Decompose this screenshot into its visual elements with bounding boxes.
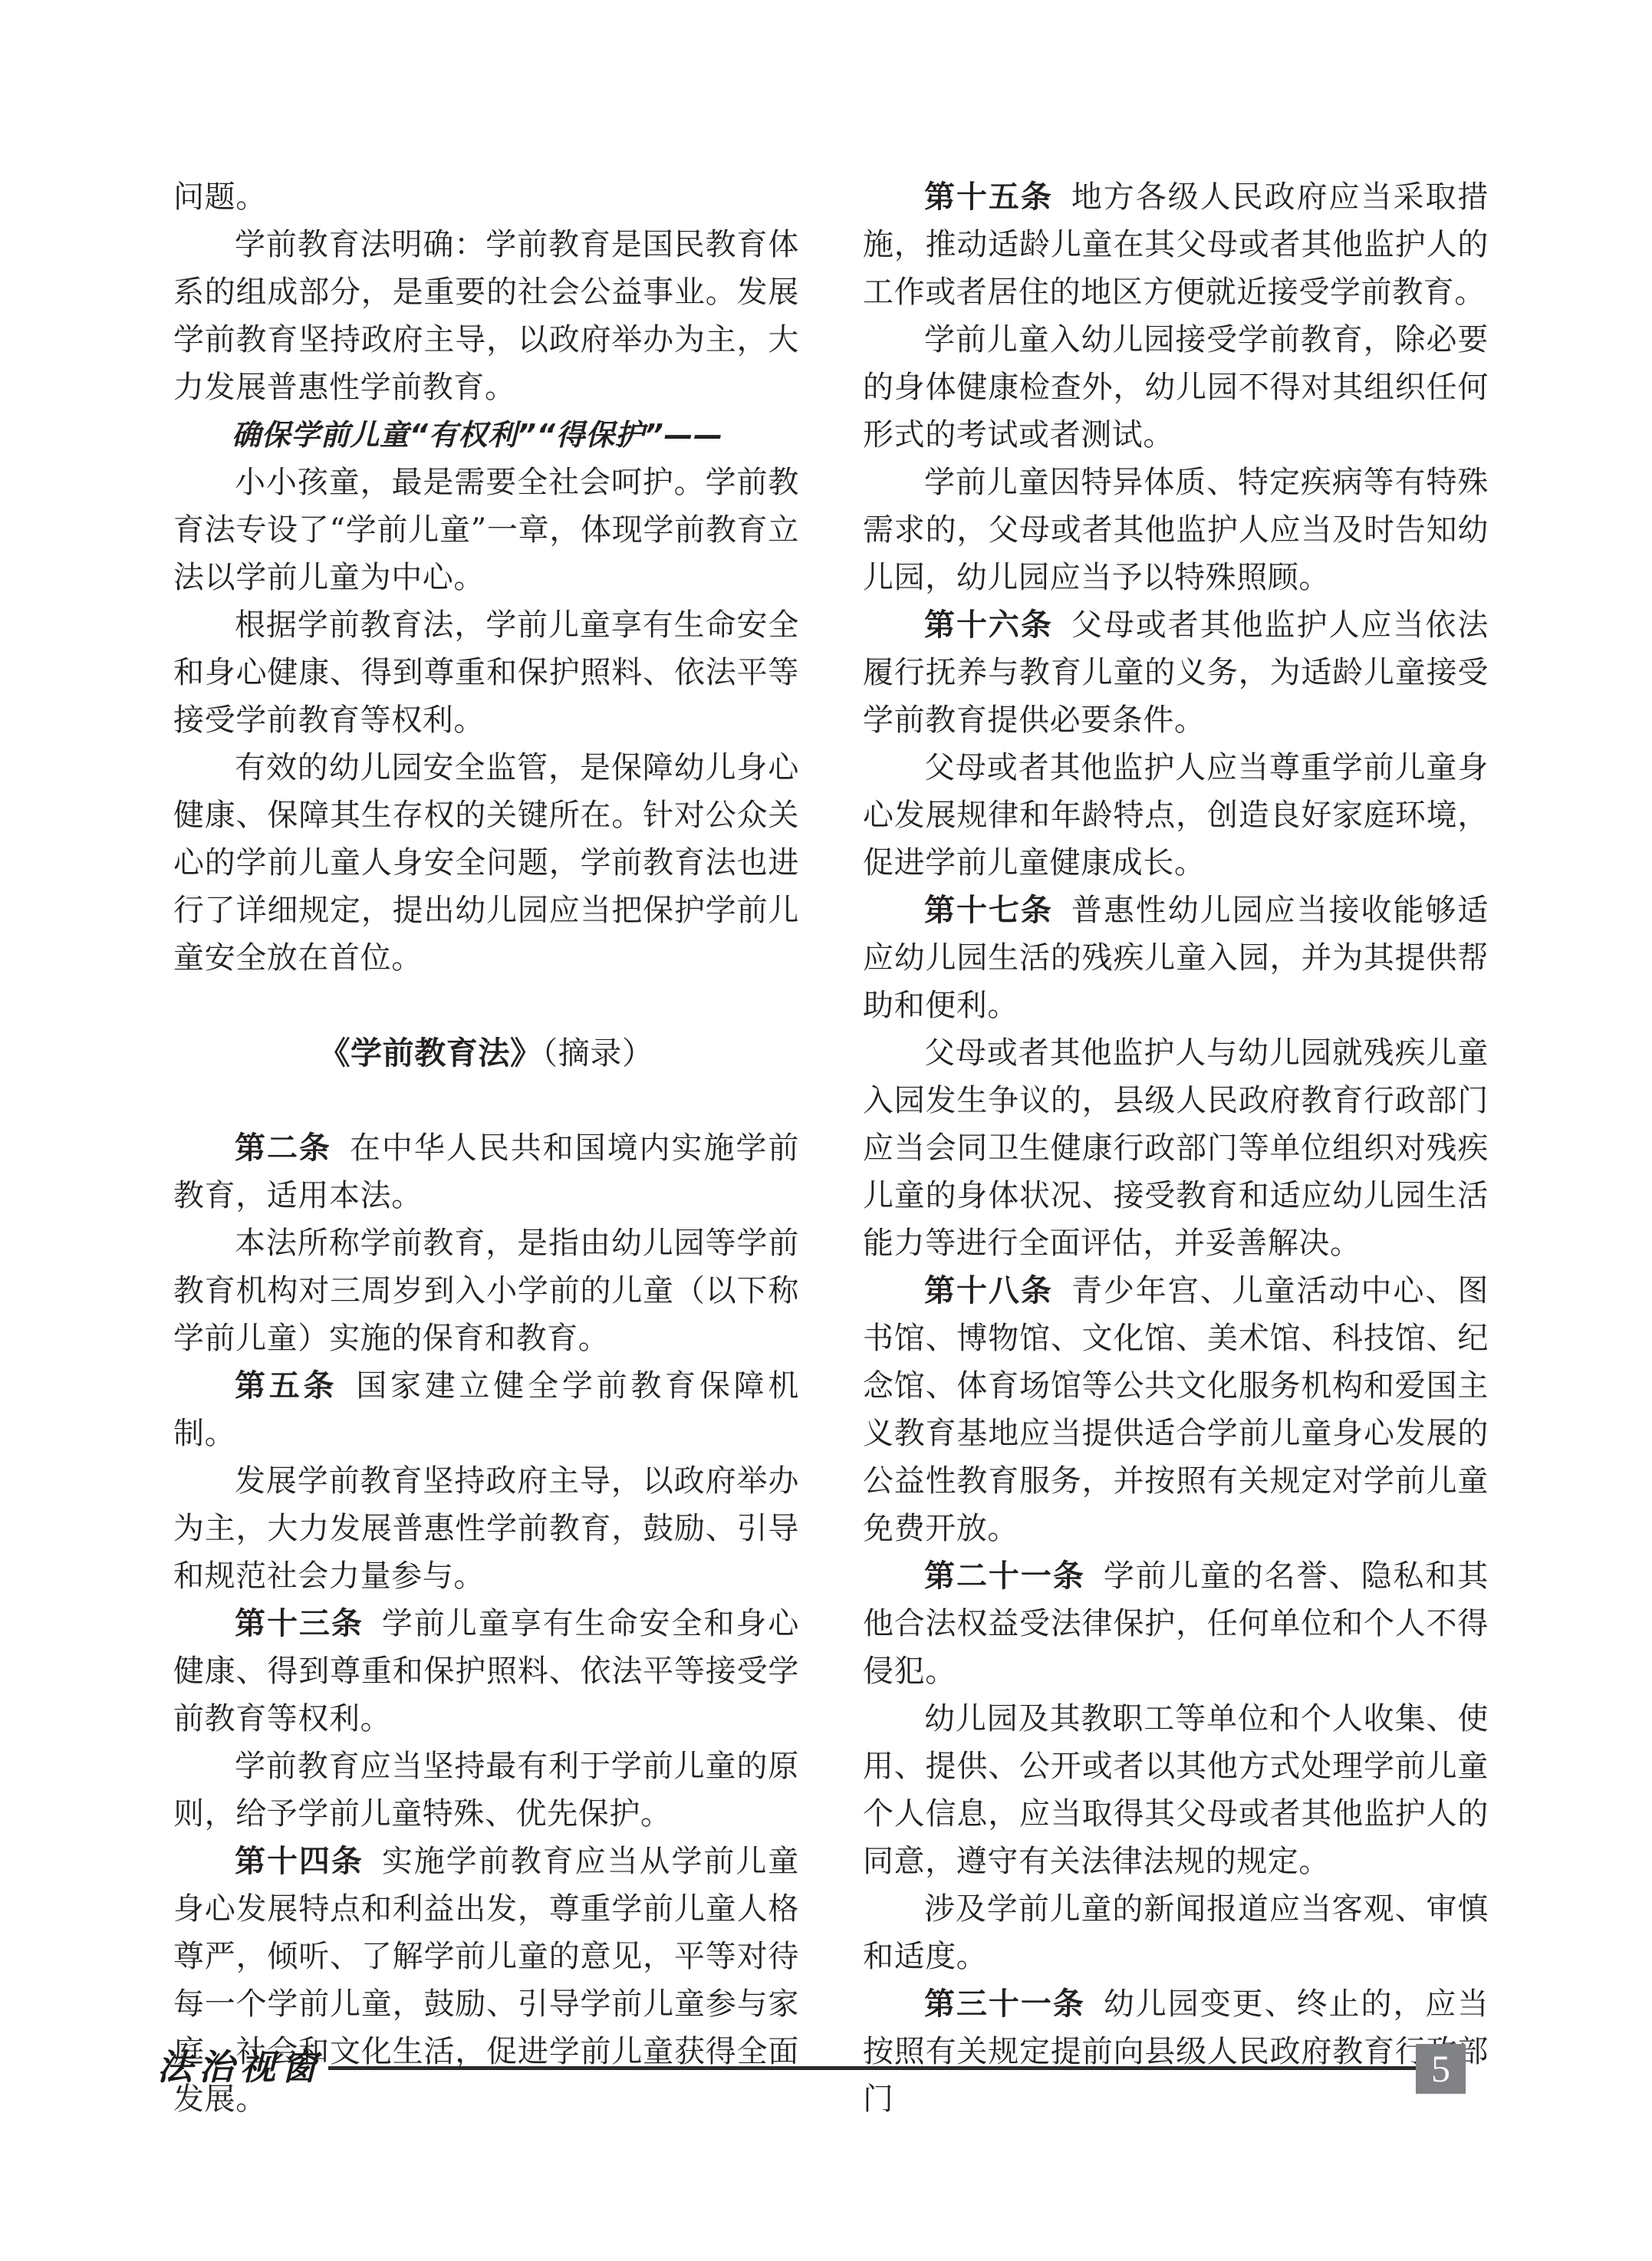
paragraph: 有效的幼儿园安全监管，是保障幼儿身心健康、保障其生存权的关键所在。针对公众关心的… (173, 744, 799, 982)
article-number: 第十七条 (924, 893, 1053, 928)
article-paragraph: 父母或者其他监护人与幼儿园就残疾儿童入园发生争议的，县级人民政府教育行政部门应当… (863, 1029, 1489, 1267)
article-paragraph: 第十五条地方各级人民政府应当采取措施，推动适龄儿童在其父母或者其他监护人的工作或… (863, 173, 1489, 316)
paragraph: 根据学前教育法，学前儿童享有生命安全和身心健康、得到尊重和保护照料、依法平等接受… (173, 601, 799, 744)
law-title: 《学前教育法》 (318, 1035, 541, 1071)
article-paragraph: 学前教育应当坚持最有利于学前儿童的原则，给予学前儿童特殊、优先保护。 (173, 1743, 799, 1838)
article-text: 涉及学前儿童的新闻报道应当客观、审慎和适度。 (863, 1891, 1489, 1974)
article-text: 学前儿童因特异体质、特定疾病等有特殊需求的，父母或者其他监护人应当及时告知幼儿园… (863, 465, 1489, 595)
article-paragraph: 第十七条普惠性幼儿园应当接收能够适应幼儿园生活的残疾儿童入园，并为其提供帮助和便… (863, 887, 1489, 1029)
article-text: 学前教育应当坚持最有利于学前儿童的原则，给予学前儿童特殊、优先保护。 (173, 1749, 799, 1832)
article-text: 父母或者其他监护人应当尊重学前儿童身心发展规律和年龄特点，创造良好家庭环境，促进… (863, 750, 1489, 880)
article-paragraph: 父母或者其他监护人应当尊重学前儿童身心发展规律和年龄特点，创造良好家庭环境，促进… (863, 744, 1489, 887)
paragraph: 小小孩童，最是需要全社会呵护。学前教育法专设了“学前儿童”一章，体现学前教育立法… (173, 459, 799, 601)
article-paragraph: 本法所称学前教育，是指由幼儿园等学前教育机构对三周岁到入小学前的儿童（以下称学前… (173, 1219, 799, 1362)
article-text: 发展学前教育坚持政府主导，以政府举办为主，大力发展普惠性学前教育，鼓励、引导和规… (173, 1463, 799, 1594)
article-number: 第五条 (235, 1368, 337, 1404)
footer-section-label: 法治视窗 (157, 2044, 323, 2090)
article-paragraph: 第二条在中华人民共和国境内实施学前教育，适用本法。 (173, 1124, 799, 1219)
article-paragraph: 涉及学前儿童的新闻报道应当客观、审慎和适度。 (863, 1885, 1489, 1980)
left-column: 问题。 学前教育法明确：学前教育是国民教育体系的组成部分，是重要的社会公益事业。… (173, 173, 799, 2123)
excerpt-note: （摘录） (542, 1035, 654, 1071)
article-text: 青少年宫、儿童活动中心、图书馆、博物馆、文化馆、美术馆、科技馆、纪念馆、体育场馆… (863, 1273, 1489, 1546)
article-text: 父母或者其他监护人与幼儿园就残疾儿童入园发生争议的，县级人民政府教育行政部门应当… (863, 1035, 1489, 1261)
section-title: 《学前教育法》（摘录） (173, 1029, 799, 1077)
article-paragraph: 第十八条青少年宫、儿童活动中心、图书馆、博物馆、文化馆、美术馆、科技馆、纪念馆、… (863, 1267, 1489, 1552)
article-text: 学前儿童入幼儿园接受学前教育，除必要的身体健康检查外，幼儿园不得对其组织任何形式… (863, 322, 1489, 453)
article-number: 第十五条 (924, 179, 1053, 215)
article-paragraph: 幼儿园及其教职工等单位和个人收集、使用、提供、公开或者以其他方式处理学前儿童个人… (863, 1695, 1489, 1885)
article-number: 第十四条 (235, 1844, 364, 1879)
paragraph: 学前教育法明确：学前教育是国民教育体系的组成部分，是重要的社会公益事业。发展学前… (173, 221, 799, 411)
article-number: 第十三条 (235, 1606, 364, 1641)
article-paragraph: 第二十一条学前儿童的名誉、隐私和其他合法权益受法律保护，任何单位和个人不得侵犯。 (863, 1552, 1489, 1695)
article-number: 第十八条 (924, 1273, 1053, 1308)
page-number: 5 (1416, 2044, 1466, 2094)
article-paragraph: 第三十一条幼儿园变更、终止的，应当按照有关规定提前向县级人民政府教育行政部门 (863, 1980, 1489, 2123)
article-paragraph: 学前儿童因特异体质、特定疾病等有特殊需求的，父母或者其他监护人应当及时告知幼儿园… (863, 459, 1489, 601)
article-paragraph: 第十三条学前儿童享有生命安全和身心健康、得到尊重和保护照料、依法平等接受学前教育… (173, 1600, 799, 1743)
article-paragraph: 第五条国家建立健全学前教育保障机制。 (173, 1362, 799, 1457)
article-paragraph: 发展学前教育坚持政府主导，以政府举办为主，大力发展普惠性学前教育，鼓励、引导和规… (173, 1457, 799, 1600)
article-text: 幼儿园及其教职工等单位和个人收集、使用、提供、公开或者以其他方式处理学前儿童个人… (863, 1701, 1489, 1879)
footer-divider (328, 2066, 1416, 2070)
article-number: 第二十一条 (924, 1558, 1085, 1594)
right-column: 第十五条地方各级人民政府应当采取措施，推动适龄儿童在其父母或者其他监护人的工作或… (863, 173, 1489, 2123)
article-paragraph: 学前儿童入幼儿园接受学前教育，除必要的身体健康检查外，幼儿园不得对其组织任何形式… (863, 316, 1489, 459)
subheading: 确保学前儿童“有权利”“得保护”—— (173, 411, 799, 459)
article-paragraph: 第十六条父母或者其他监护人应当依法履行抚养与教育儿童的义务，为适龄儿童接受学前教… (863, 601, 1489, 744)
article-text: 本法所称学前教育，是指由幼儿园等学前教育机构对三周岁到入小学前的儿童（以下称学前… (173, 1226, 799, 1356)
article-number: 第十六条 (924, 607, 1053, 643)
paragraph-continued: 问题。 (173, 173, 799, 221)
article-number: 第三十一条 (924, 1986, 1085, 2022)
article-number: 第二条 (235, 1130, 331, 1166)
